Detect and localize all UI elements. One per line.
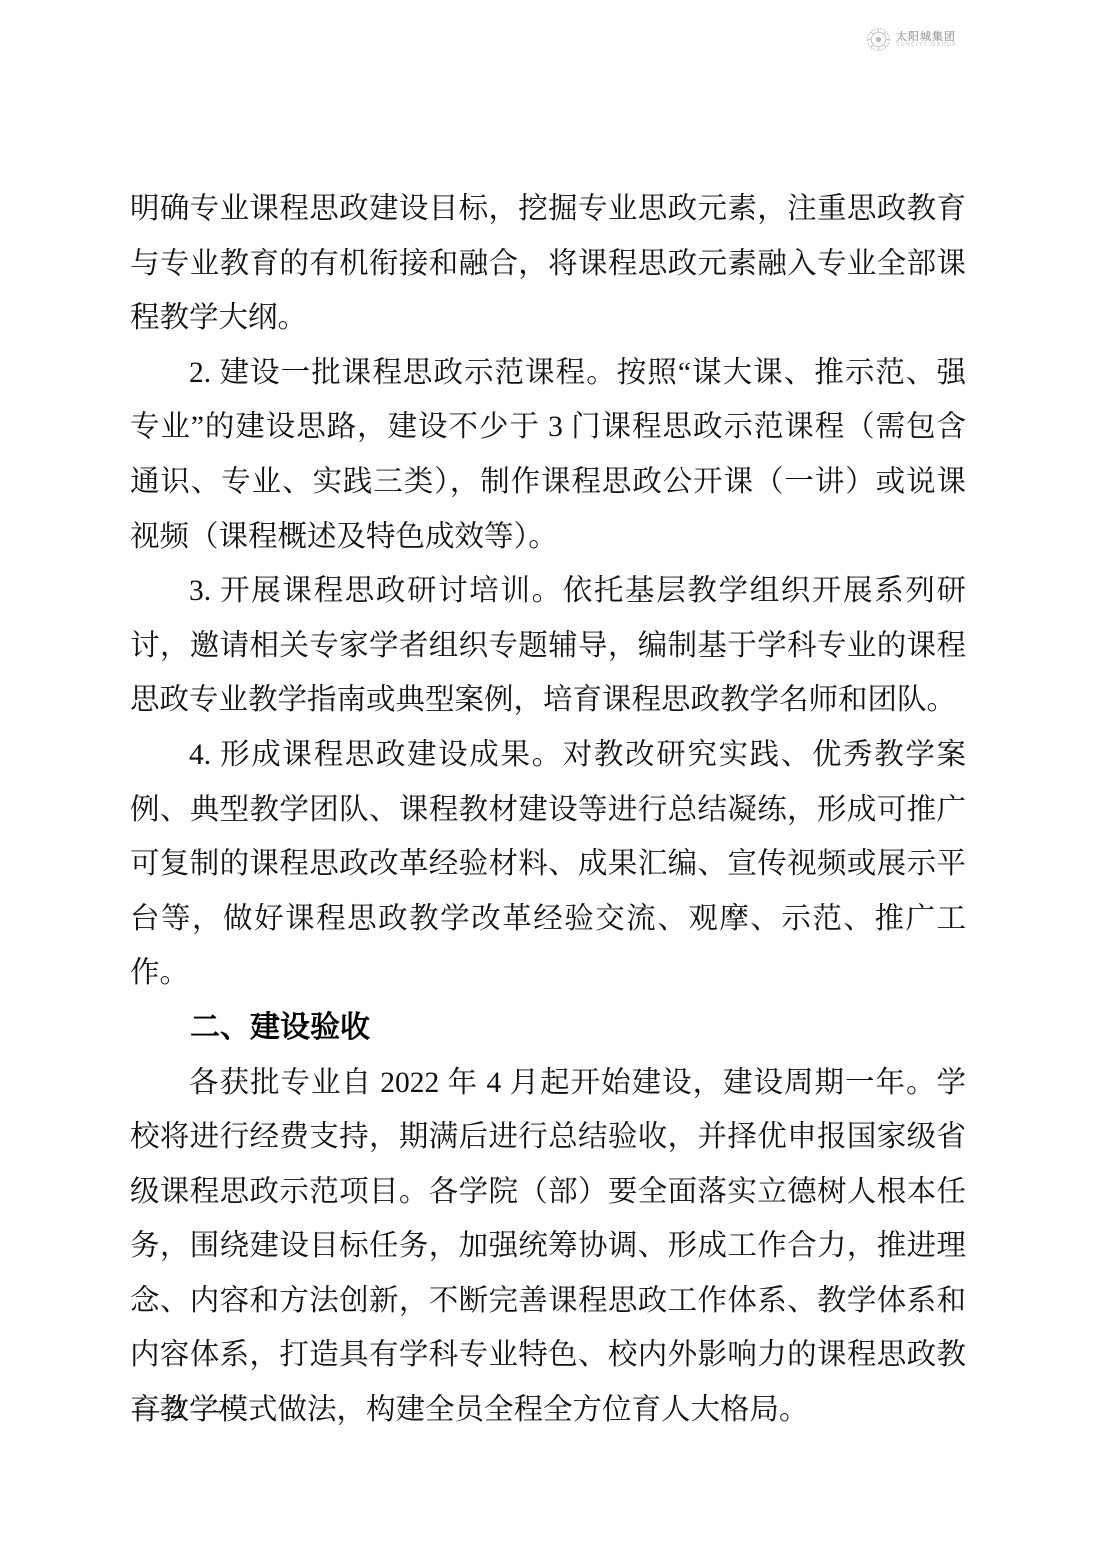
paragraph-item-3: 3. 开展课程思政研讨培训。依托基层教学组织开展系列研讨，邀请相关专家学者组织专…: [130, 564, 966, 728]
page-number: — 2 —: [132, 1392, 223, 1426]
watermark-text-block: 太阳城集团 SUNCITY GROUP: [896, 31, 957, 49]
paragraph-acceptance-body: 各获批专业自 2022 年 4 月起开始建设，建设周期一年。学校将进行经费支持，…: [130, 1056, 966, 1438]
paragraph-item-4: 4. 形成课程思政建设成果。对教改研究实践、优秀教学案例、典型教学团队、课程教材…: [130, 728, 966, 1001]
section-heading-acceptance: 二、建设验收: [130, 1001, 966, 1056]
document-page: 太阳城集团 SUNCITY GROUP 明确专业课程思政建设目标，挖掘专业思政元…: [0, 0, 1102, 1559]
paragraph-continuation: 明确专业课程思政建设目标，挖掘专业思政元素，注重思政教育与专业教育的有机衔接和融…: [130, 182, 966, 346]
document-body: 明确专业课程思政建设目标，挖掘专业思政元素，注重思政教育与专业教育的有机衔接和融…: [130, 182, 966, 1438]
paragraph-item-2: 2. 建设一批课程思政示范课程。按照“谋大课、推示范、强专业”的建设思路，建设不…: [130, 346, 966, 564]
watermark-brand-cn: 太阳城集团: [896, 31, 957, 43]
watermark-brand-en: SUNCITY GROUP: [896, 43, 957, 49]
suncity-logo-icon: [866, 27, 891, 52]
suncity-watermark: 太阳城集团 SUNCITY GROUP: [866, 27, 957, 52]
